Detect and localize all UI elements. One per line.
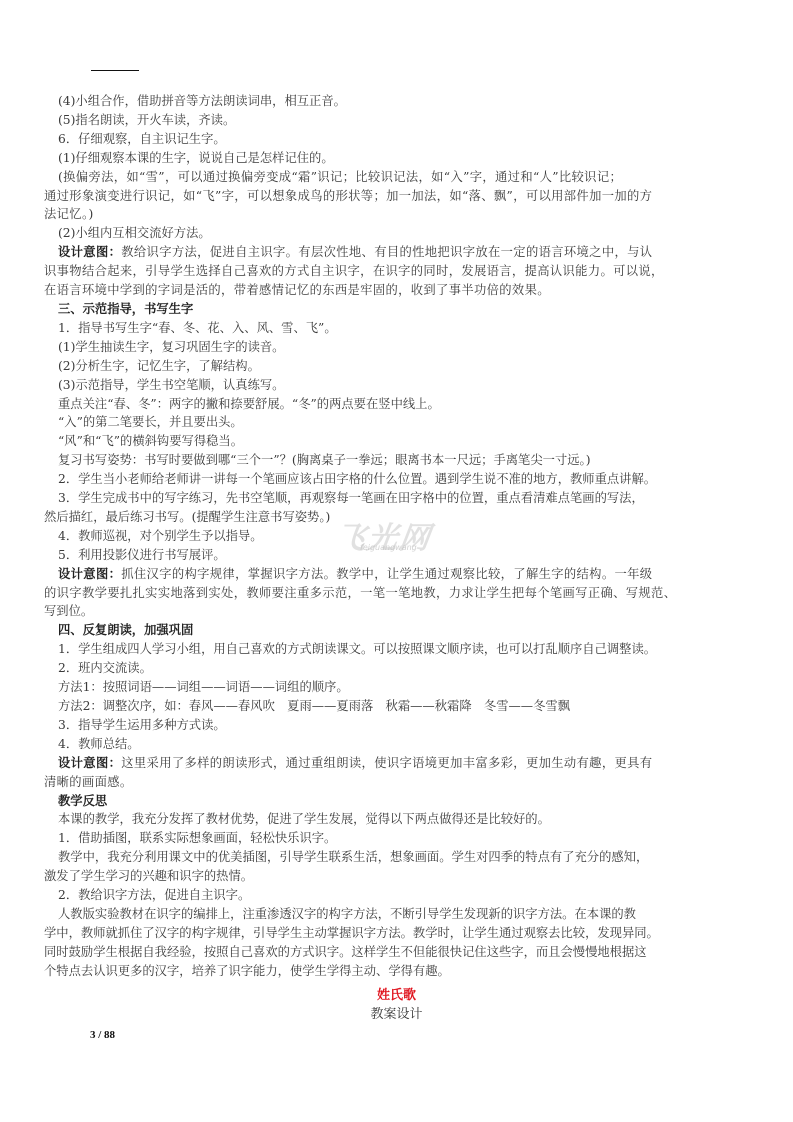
- paragraph-line: 激发了学生学习的兴趣和识字的热情。: [44, 867, 750, 886]
- paragraph-line: 方法1：按照词语——词组——词语——词组的顺序。: [44, 678, 750, 697]
- paragraph-line: 2．学生当小老师给老师讲一讲每一个笔画应该占田字格的什么位置。遇到学生说不准的地…: [44, 470, 750, 489]
- paragraph-line: 在语言环境中学到的字词是活的，带着感情记忆的东西是牢固的，收到了事半功倍的效果。: [44, 281, 750, 300]
- paragraph-line: 方法2：调整次序，如：春风——春风吹 夏雨——夏雨落 秋霜——秋霜降 冬雪——冬…: [44, 697, 750, 716]
- paragraph-line: 1．借助插图，联系实际想象画面，轻松快乐识字。: [44, 829, 750, 848]
- paragraph-line: 的识字教学要扎扎实实地落到实处，教师要注重多示范，一笔一笔地教，力求让学生把每个…: [44, 584, 750, 603]
- paragraph-line: 6．仔细观察，自主识记生字。: [44, 130, 750, 149]
- page-number: 3 / 88: [90, 1029, 115, 1041]
- design-intent-text: 教给识字方法，促进自主识字。有层次性地、有目的性地把识字放在一定的语言环境之中，…: [121, 245, 652, 259]
- header-rule: [91, 70, 139, 71]
- paragraph-line: 4．教师总结。: [44, 735, 750, 754]
- paragraph-line: (换偏旁法，如“雪”，可以通过换偏旁变成“霜”识记；比较识记法，如“入”字，通过…: [44, 168, 750, 187]
- paragraph-line: 清晰的画面感。: [44, 773, 750, 792]
- paragraph-line: 人教版实验教材在识字的编排上，注重渗透汉字的构字方法，不断引导学生发现新的识字方…: [44, 905, 750, 924]
- design-intent-line: 设计意图：这里采用了多样的朗读形式，通过重组朗读，使识字语境更加丰富多彩，更加生…: [44, 754, 750, 773]
- paragraph-line: “入”的第二笔要长，并且要出头。: [44, 413, 750, 432]
- design-intent-text: 抓住汉字的构字规律，掌握识字方法。教学中，让学生通过观察比较，了解生字的结构。一…: [121, 567, 652, 581]
- section-heading: 教学反思: [44, 792, 750, 811]
- paragraph-line: 1．指导书写生字“春、冬、花、入、风、雪、飞”。: [44, 319, 750, 338]
- paragraph-line: “风”和“飞”的横斜钩要写得稳当。: [44, 432, 750, 451]
- paragraph-line: 个特点去认识更多的汉字，培养了识字能力，使学生学得主动、学得有趣。: [44, 962, 750, 981]
- paragraph-line: 写到位。: [44, 602, 750, 621]
- next-lesson-title: 姓氏歌: [0, 984, 793, 1003]
- design-intent-label: 设计意图：: [58, 756, 121, 770]
- paragraph-line: 教学中，我充分利用课文中的优美插图，引导学生联系生活，想象画面。学生对四季的特点…: [44, 848, 750, 867]
- paragraph-line: 本课的教学，我充分发挥了教材优势，促进了学生发展，觉得以下两点做得还是比较好的。: [44, 810, 750, 829]
- paragraph-line: (1)仔细观察本课的生字，说说自己是怎样记住的。: [44, 149, 750, 168]
- paragraph-line: 同时鼓励学生根据自我经验，按照自己喜欢的方式识字。这样学生不但能很快记住这些字，…: [44, 943, 750, 962]
- paragraph-line: 2．班内交流读。: [44, 659, 750, 678]
- paragraph-line: 通过形象演变进行识记，如“飞”字，可以想象成鸟的形状等；加一加法，如“落、飘”，…: [44, 187, 750, 206]
- paragraph-line: 识事物结合起来，引导学生选择自己喜欢的方式自主识字，在识字的同时，发展语言，提高…: [44, 262, 750, 281]
- paragraph-line: (2)小组内互相交流好方法。: [44, 224, 750, 243]
- paragraph-line: 复习书写姿势：书写时要做到哪“三个一”？(胸离桌子一拳远；眼离书本一尺远；手离笔…: [44, 451, 750, 470]
- paragraph-line: 3．指导学生运用多种方式读。: [44, 716, 750, 735]
- design-intent-line: 设计意图：抓住汉字的构字规律，掌握识字方法。教学中，让学生通过观察比较，了解生字…: [44, 565, 750, 584]
- paragraph-line: 学中，教师就抓住了汉字的构字规律，引导学生主动掌握识字方法。教学时，让学生通过观…: [44, 924, 750, 943]
- paragraph-line: (1)学生抽读生字，复习巩固生字的读音。: [44, 338, 750, 357]
- paragraph-line: 1．学生组成四人学习小组，用自己喜欢的方式朗读课文。可以按照课文顺序读，也可以打…: [44, 640, 750, 659]
- paragraph-line: (4)小组合作，借助拼音等方法朗读词串，相互正音。: [44, 92, 750, 111]
- section-heading: 四、反复朗读，加强巩固: [44, 621, 750, 640]
- design-intent-label: 设计意图：: [58, 567, 121, 581]
- paragraph-line: (2)分析生字，记忆生字，了解结构。: [44, 357, 750, 376]
- design-intent-label: 设计意图：: [58, 245, 121, 259]
- design-intent-line: 设计意图：教给识字方法，促进自主识字。有层次性地、有目的性地把识字放在一定的语言…: [44, 243, 750, 262]
- design-intent-text: 这里采用了多样的朗读形式，通过重组朗读，使识字语境更加丰富多彩，更加生动有趣，更…: [121, 756, 652, 770]
- paragraph-line: 3．学生完成书中的写字练习，先书空笔顺，再观察每一笔画在田字格中的位置，重点看清…: [44, 489, 750, 508]
- watermark-subtext: feiguangwang: [360, 543, 417, 552]
- paragraph-line: 重点关注“春、冬”：两字的撇和捺要舒展。“冬”的两点要在竖中线上。: [44, 395, 750, 414]
- paragraph-line: (3)示范指导，学生书空笔顺，认真练写。: [44, 376, 750, 395]
- next-lesson-subtitle: 教案设计: [0, 1003, 793, 1022]
- paragraph-line: (5)指名朗读，开火车读，齐读。: [44, 111, 750, 130]
- paragraph-line: 2．教给识字方法，促进自主识字。: [44, 886, 750, 905]
- section-heading: 三、示范指导，书写生字: [44, 300, 750, 319]
- paragraph-line: 法记忆。): [44, 205, 750, 224]
